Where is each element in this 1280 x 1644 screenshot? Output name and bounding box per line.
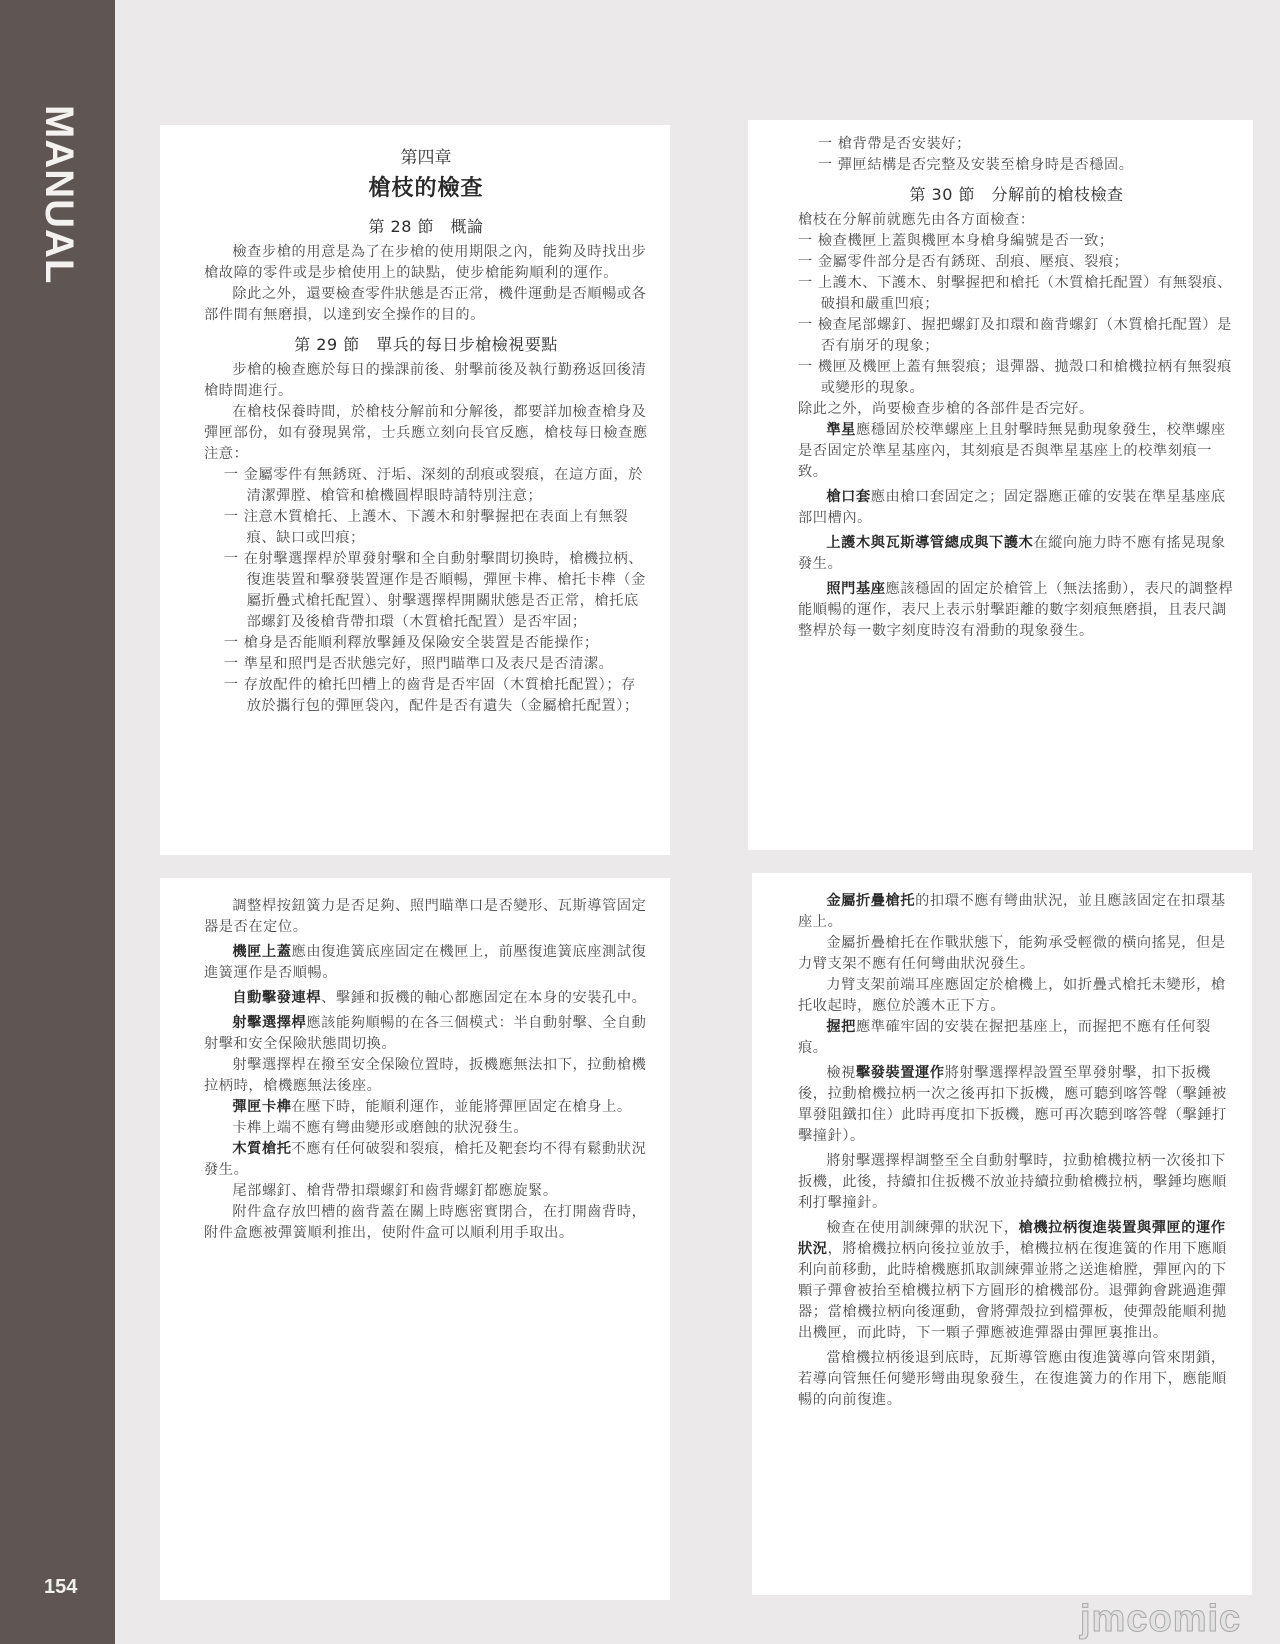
paragraph-text: 附件盒存放凹槽的齒背蓋在關上時應密實閉合，在打開齒背時，附件盒應被彈簧順利推出，… — [204, 1204, 646, 1241]
watermark-logo: jmcomic — [1080, 1598, 1241, 1641]
page-number: 154 — [44, 1576, 77, 1599]
term: 照門基座 — [826, 581, 885, 597]
list-item: 一 檢查機匣上蓋與機匣本身槍身編號是否一致； — [798, 231, 1235, 252]
list-item: 一 在射擊選擇桿於單發射擊和全自動射擊間切換時，槍機拉柄、復進裝置和擊發裝置運作… — [224, 549, 648, 633]
list-item: 一 準星和照門是否狀態完好，照門瞄準口及表尺是否清潔。 — [224, 654, 648, 675]
paragraph: 附件盒存放凹槽的齒背蓋在關上時應密實閉合，在打開齒背時，附件盒應被彈簧順利推出，… — [204, 1202, 648, 1244]
paragraph-text: 力臂支架前端耳座應固定於槍機上，如折疊式槍托未變形，槍托收起時，應位於護木正下方… — [798, 977, 1226, 1014]
paragraph: 調整桿按鈕簧力是否足夠、照門瞄準口是否變形、瓦斯導管固定器是否在定位。 — [204, 896, 648, 938]
section-29-title: 第 29 節 單兵的每日步槍檢視要點 — [204, 332, 648, 355]
paragraph: 槍口套應由槍口套固定之；固定器應正確的安裝在準星基座底部凹槽內。 — [798, 487, 1235, 529]
sidebar-title: MANUAL — [36, 105, 81, 284]
list-item: 一 金屬零件部分是否有銹斑、刮痕、壓痕、裂痕； — [798, 252, 1235, 273]
chapter-number: 第四章 — [204, 143, 648, 168]
sidebar-band: MANUAL 154 — [0, 0, 115, 1644]
paragraph: 檢視擊發裝置運作將射擊選擇桿設置至單發射擊，扣下扳機後，拉動槍機拉柄一次之後再扣… — [798, 1063, 1238, 1147]
paragraph-text: 尾部螺釘、槍背帶扣環螺釘和齒背螺釘都應旋緊。 — [232, 1183, 557, 1199]
panel-bottom-right: 金屬折疊槍托的扣環不應有彎曲狀況，並且應該固定在扣環基座上。 金屬折疊槍托在作戰… — [752, 873, 1252, 1595]
list-item: 一 彈匣結構是否完整及安裝至槍身時是否穩固。 — [818, 155, 1235, 176]
term: 射擊選擇桿 — [232, 1015, 306, 1031]
term: 準星 — [826, 422, 856, 438]
paragraph: 自動擊發連桿、擊錘和扳機的軸心都應固定在本身的安裝孔中。 — [204, 988, 648, 1009]
paragraph: 檢查在使用訓練彈的狀況下，槍機拉柄復進裝置與彈匣的運作狀況，將槍機拉柄向後拉並放… — [798, 1218, 1238, 1344]
list-item: 一 上護木、下護木、射擊握把和槍托（木質槍托配置）有無裂痕、破損和嚴重凹痕； — [798, 273, 1235, 315]
paragraph: 金屬折疊槍托在作戰狀態下，能夠承受輕微的橫向搖晃，但是力臂支架不應有任何彎曲狀況… — [798, 933, 1238, 975]
paragraph-text: 在壓下時，能順利運作，並能將彈匣固定在槍身上。 — [292, 1099, 632, 1115]
term: 槍口套 — [826, 489, 870, 505]
list-item: 一 機匣及機匣上蓋有無裂痕；退彈器、拋殼口和槍機拉柄有無裂痕或變形的現象。 — [798, 357, 1235, 399]
paragraph-text: ，將槍機拉柄向後拉並放手，槍機拉柄在復進簧的作用下應順利向前移動，此時槍機應抓取… — [798, 1241, 1227, 1341]
paragraph: 木質槍托不應有任何破裂和裂痕，槍托及靶套均不得有鬆動狀況發生。 — [204, 1139, 648, 1181]
paragraph: 射擊選擇桿應該能夠順暢的在各三個模式：半自動射擊、全自動射擊和安全保險狀態間切換… — [204, 1013, 648, 1055]
paragraph: 將射擊選擇桿調整至全自動射擊時，拉動槍機拉柄一次後扣下扳機，此後，持續扣住扳機不… — [798, 1151, 1238, 1214]
paragraph: 槍枝在分解前就應先由各方面檢查： — [798, 210, 1235, 231]
paragraph: 準星應穩固於校準螺座上且射擊時無晃動現象發生，校準螺座是否固定於準星基座內，其刻… — [798, 420, 1235, 483]
paragraph: 尾部螺釘、槍背帶扣環螺釘和齒背螺釘都應旋緊。 — [204, 1181, 648, 1202]
paragraph: 彈匣卡榫在壓下時，能順利運作，並能將彈匣固定在槍身上。 — [204, 1097, 648, 1118]
panel-bottom-left: 調整桿按鈕簧力是否足夠、照門瞄準口是否變形、瓦斯導管固定器是否在定位。 機匣上蓋… — [160, 878, 670, 1600]
term: 上護木與瓦斯導管總成與下護木 — [826, 535, 1033, 551]
term: 彈匣卡榫 — [232, 1099, 291, 1115]
term: 握把 — [826, 1019, 856, 1035]
term: 金屬折疊槍托 — [826, 893, 915, 909]
term: 機匣上蓋 — [232, 944, 291, 960]
paragraph-prefix: 檢查在使用訓練彈的狀況下， — [826, 1220, 1018, 1236]
list-item: 一 槍身是否能順利釋放擊錘及保險安全裝置是否能操作； — [224, 633, 648, 654]
paragraph: 除此之外，還要檢查零件狀態是否正常，機件運動是否順暢或各部件間有無磨損，以達到安… — [204, 284, 648, 326]
paragraph: 射擊選擇桿在撥至安全保險位置時，扳機應無法扣下，拉動槍機拉柄時，槍機應無法後座。 — [204, 1055, 648, 1097]
paragraph-text: 當槍機拉柄後退到底時，瓦斯導管應由復進簧導向管來閉鎖，若導向管無任何變形彎曲現象… — [798, 1350, 1227, 1408]
list-item: 一 存放配件的槍托凹槽上的齒背是否牢固（木質槍托配置）；存放於攜行包的彈匣袋內，… — [224, 675, 648, 717]
term: 自動擊發連桿 — [232, 990, 321, 1006]
term: 擊發裝置運作 — [856, 1065, 945, 1081]
paragraph-text: 射擊選擇桿在撥至安全保險位置時，扳機應無法扣下，拉動槍機拉柄時，槍機應無法後座。 — [204, 1057, 646, 1094]
paragraph: 金屬折疊槍托的扣環不應有彎曲狀況，並且應該固定在扣環基座上。 — [798, 891, 1238, 933]
paragraph: 除此之外，尚要檢查步槍的各部件是否完好。 — [798, 399, 1235, 420]
paragraph-prefix: 檢視 — [826, 1065, 856, 1081]
paragraph: 檢查步槍的用意是為了在步槍的使用期限之內，能夠及時找出步槍故障的零件或是步槍使用… — [204, 242, 648, 284]
panel-top-left: 第四章 槍枝的檢查 第 28 節 概論 檢查步槍的用意是為了在步槍的使用期限之內… — [160, 125, 670, 855]
paragraph: 在槍枝保養時間，於槍枝分解前和分解後，都要詳加檢查槍身及彈匣部份，如有發現異常，… — [204, 402, 648, 465]
paragraph: 上護木與瓦斯導管總成與下護木在縱向施力時不應有搖晃現象發生。 — [798, 533, 1235, 575]
paragraph-text: 將射擊選擇桿調整至全自動射擊時，拉動槍機拉柄一次後扣下扳機，此後，持續扣住扳機不… — [798, 1153, 1227, 1211]
paragraph: 力臂支架前端耳座應固定於槍機上，如折疊式槍托未變形，槍托收起時，應位於護木正下方… — [798, 975, 1238, 1017]
paragraph-text: 應穩固於校準螺座上且射擊時無晃動現象發生，校準螺座是否固定於準星基座內，其刻痕是… — [798, 422, 1226, 480]
paragraph-text: 應準確牢固的安裝在握把基座上，而握把不應有任何裂痕。 — [798, 1019, 1211, 1056]
paragraph: 機匣上蓋應由復進簧底座固定在機匣上，前壓復進簧底座測試復進簧運作是否順暢。 — [204, 942, 648, 984]
paragraph-text: 卡榫上端不應有彎曲變形或磨蝕的狀況發生。 — [232, 1120, 528, 1136]
section-30-title: 第 30 節 分解前的槍枝檢查 — [798, 182, 1235, 205]
list-item: 一 注意木質槍托、上護木、下護木和射擊握把在表面上有無裂痕、缺口或凹痕； — [224, 507, 648, 549]
chapter-title: 槍枝的檢查 — [204, 171, 648, 202]
section-28-title: 第 28 節 概論 — [204, 214, 648, 237]
paragraph: 照門基座應該穩固的固定於槍管上（無法搖動），表尺的調整桿能順暢的運作，表尺上表示… — [798, 579, 1235, 642]
list-item: 一 檢查尾部螺釘、握把螺釘及扣環和齒背螺釘（木質槍托配置）是否有崩牙的現象； — [798, 315, 1235, 357]
list-item: 一 金屬零件有無銹斑、汙垢、深刻的刮痕或裂痕，在這方面，於清潔彈膛、槍管和槍機圓… — [224, 465, 648, 507]
term: 木質槍托 — [232, 1141, 291, 1157]
paragraph: 當槍機拉柄後退到底時，瓦斯導管應由復進簧導向管來閉鎖，若導向管無任何變形彎曲現象… — [798, 1348, 1238, 1411]
paragraph-text: 、擊錘和扳機的軸心都應固定在本身的安裝孔中。 — [321, 990, 646, 1006]
paragraph: 握把應準確牢固的安裝在握把基座上，而握把不應有任何裂痕。 — [798, 1017, 1238, 1059]
panel-top-right: 一 槍背帶是否安裝好； 一 彈匣結構是否完整及安裝至槍身時是否穩固。 第 30 … — [748, 120, 1253, 850]
paragraph: 步槍的檢查應於每日的操課前後、射擊前後及執行勤務返回後清槍時間進行。 — [204, 360, 648, 402]
list-item: 一 槍背帶是否安裝好； — [818, 134, 1235, 155]
paragraph-text: 調整桿按鈕簧力是否足夠、照門瞄準口是否變形、瓦斯導管固定器是否在定位。 — [204, 898, 646, 935]
paragraph: 卡榫上端不應有彎曲變形或磨蝕的狀況發生。 — [204, 1118, 648, 1139]
paragraph-text: 金屬折疊槍托在作戰狀態下，能夠承受輕微的橫向搖晃，但是力臂支架不應有任何彎曲狀況… — [798, 935, 1226, 972]
